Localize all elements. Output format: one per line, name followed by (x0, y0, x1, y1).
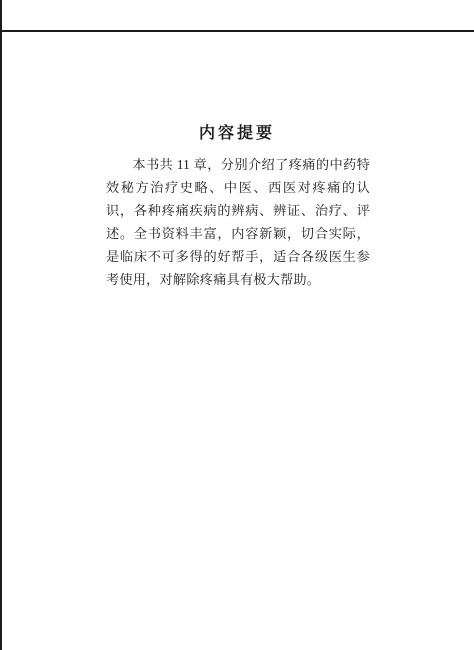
page-title: 内容提要 (0, 120, 474, 143)
scanned-book-page: 内容提要 本书共 11 章，分别介绍了疼痛的中药特效秘方治疗史略、中医、西医对疼… (0, 0, 474, 650)
top-horizontal-rule (0, 30, 474, 32)
left-edge-scan-line (0, 0, 2, 650)
summary-paragraph: 本书共 11 章，分别介绍了疼痛的中药特效秘方治疗史略、中医、西医对疼痛的认识，… (106, 153, 370, 291)
